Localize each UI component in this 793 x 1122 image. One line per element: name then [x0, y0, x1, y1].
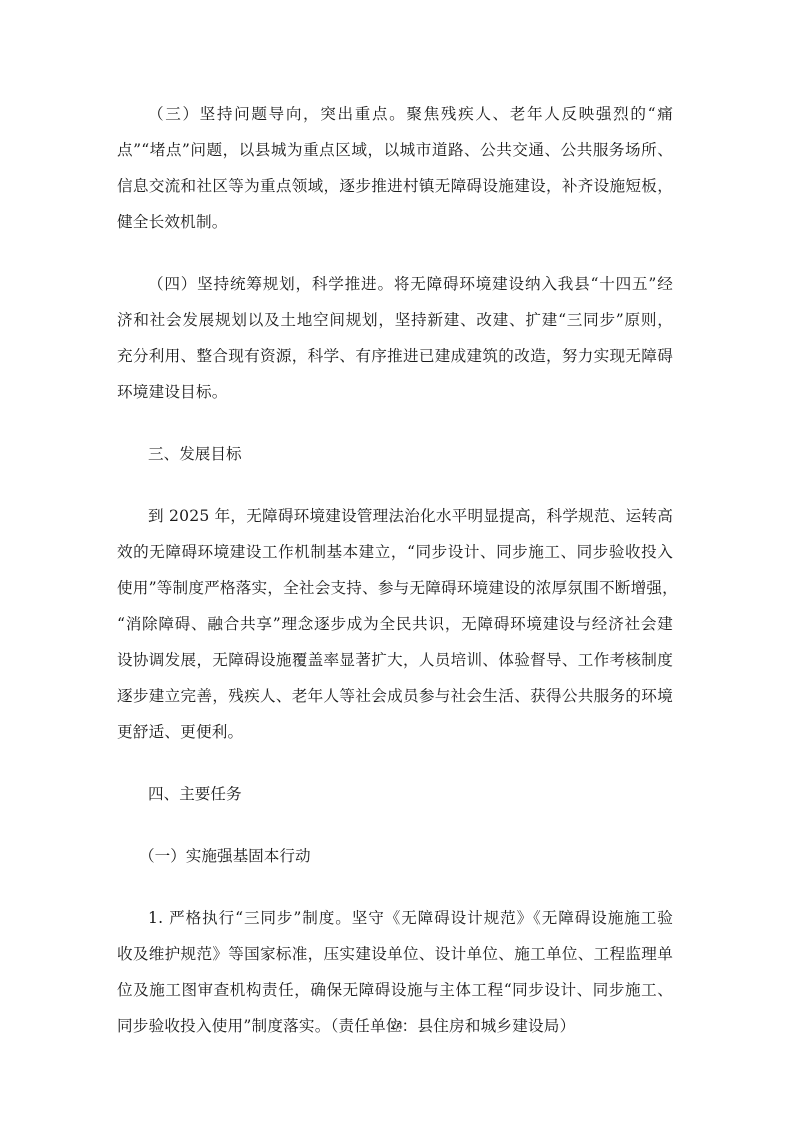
paragraph-gap: [117, 874, 673, 900]
page-number: 24: [0, 1020, 793, 1032]
paragraph-principle-4: （四）坚持统筹规划，科学推进。将无障碍环境建设纳入我县“十四五”经 济和社会发展…: [117, 266, 673, 410]
text-line: 更舒适、更便利。: [117, 714, 673, 750]
paragraph-gap: [117, 240, 673, 266]
paragraph-gap: [117, 750, 673, 776]
text-line: 充分利用、整合现有资源，科学、有序推进已建成建筑的改造，努力实现无障碍: [117, 338, 673, 374]
text-line: 收及维护规范》等国家标准，压实建设单位、设计单位、施工单位、工程监理单: [117, 936, 673, 972]
document-page: （三）坚持问题导向，突出重点。聚焦残疾人、老年人反映强烈的“痛 点”“堵点”问题…: [0, 0, 793, 1122]
section-heading-main-tasks: 四、主要任务: [117, 776, 673, 812]
text-line: 济和社会发展规划以及土地空间规划，坚持新建、改建、扩建“三同步”原则，: [117, 302, 673, 338]
text-line: 设协调发展，无障碍设施覆盖率显著扩大，人员培训、体验督导、工作考核制度: [117, 642, 673, 678]
paragraph-gap: [117, 472, 673, 498]
text-line: 逐步建立完善，残疾人、老年人等社会成员参与社会生活、获得公共服务的环境: [117, 678, 673, 714]
text-line: 环境建设目标。: [117, 374, 673, 410]
paragraph-development-goals: 到 2025 年，无障碍环境建设管理法治化水平明显提高，科学规范、运转高 效的无…: [117, 498, 673, 750]
paragraph-gap: [117, 812, 673, 838]
text-line: 效的无障碍环境建设工作机制基本建立，“同步设计、同步施工、同步验收投入: [117, 534, 673, 570]
text-line: 位及施工图审查机构责任，确保无障碍设施与主体工程“同步设计、同步施工、: [117, 972, 673, 1008]
paragraph-gap: [117, 410, 673, 436]
paragraph-principle-3: （三）坚持问题导向，突出重点。聚焦残疾人、老年人反映强烈的“痛 点”“堵点”问题…: [117, 96, 673, 240]
subsection-heading-foundation-action: （一）实施强基固本行动: [117, 838, 673, 874]
text-line: （三）坚持问题导向，突出重点。聚焦残疾人、老年人反映强烈的“痛: [117, 96, 673, 132]
text-line: 到 2025 年，无障碍环境建设管理法治化水平明显提高，科学规范、运转高: [117, 498, 673, 534]
text-line: 1. 严格执行“三同步”制度。坚守《无障碍设计规范》《无障碍设施施工验: [117, 900, 673, 936]
text-line: 信息交流和社区等为重点领域，逐步推进村镇无障碍设施建设，补齐设施短板，: [117, 168, 673, 204]
text-line: 点”“堵点”问题，以县城为重点区域，以城市道路、公共交通、公共服务场所、: [117, 132, 673, 168]
text-line: （四）坚持统筹规划，科学推进。将无障碍环境建设纳入我县“十四五”经: [117, 266, 673, 302]
text-line: 使用”等制度严格落实，全社会支持、参与无障碍环境建设的浓厚氛围不断增强，: [117, 570, 673, 606]
text-line: 健全长效机制。: [117, 204, 673, 240]
page-content: （三）坚持问题导向，突出重点。聚焦残疾人、老年人反映强烈的“痛 点”“堵点”问题…: [117, 96, 673, 1044]
text-line: “消除障碍、融合共享”理念逐步成为全民共识，无障碍环境建设与经济社会建: [117, 606, 673, 642]
section-heading-development-goals: 三、发展目标: [117, 436, 673, 472]
